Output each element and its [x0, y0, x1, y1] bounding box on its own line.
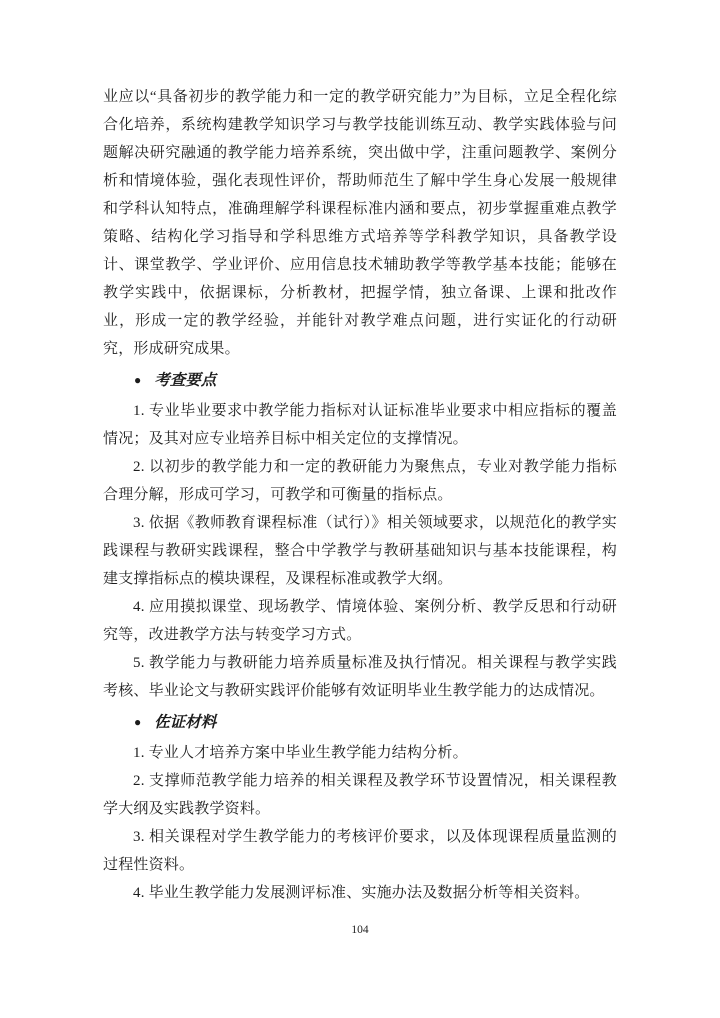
section-title-exam-points: 考查要点	[154, 372, 216, 389]
section-heading-supporting-materials: ●佐证材料	[103, 708, 617, 737]
list-item: 1. 专业毕业要求中教学能力指标对认证标准毕业要求中相应指标的覆盖情况；及其对应…	[103, 397, 617, 453]
list-item: 5. 教学能力与教研能力培养质量标准及执行情况。相关课程与教学实践考核、毕业论文…	[103, 649, 617, 705]
list-item: 3. 依据《教师教育课程标准（试行）》相关领域要求，以规范化的教学实践课程与教研…	[103, 509, 617, 593]
intro-paragraph: 业应以“具备初步的教学能力和一定的教学研究能力”为目标，立足全程化综合化培养，系…	[103, 83, 617, 363]
list-item: 4. 应用摸拟课堂、现场教学、情境体验、案例分析、教学反思和行动研究等，改进教学…	[103, 593, 617, 649]
list-item: 3. 相关课程对学生教学能力的考核评价要求，以及体现课程质量监测的过程性资料。	[103, 823, 617, 879]
section-title-supporting-materials: 佐证材料	[154, 714, 216, 731]
page-body: 业应以“具备初步的教学能力和一定的教学研究能力”为目标，立足全程化综合化培养，系…	[103, 83, 617, 907]
page-number: 104	[0, 924, 720, 936]
list-item: 4. 毕业生教学能力发展测评标准、实施办法及数据分析等相关资料。	[103, 879, 617, 907]
document-page: 业应以“具备初步的教学能力和一定的教学研究能力”为目标，立足全程化综合化培养，系…	[0, 0, 720, 1018]
bullet-icon: ●	[134, 715, 141, 729]
list-item: 2. 以初步的教学能力和一定的教研能力为聚焦点，专业对教学能力指标合理分解，形成…	[103, 453, 617, 509]
section-heading-exam-points: ●考查要点	[103, 366, 617, 395]
list-item: 2. 支撑师范教学能力培养的相关课程及教学环节设置情况，相关课程教学大纲及实践教…	[103, 767, 617, 823]
bullet-icon: ●	[134, 373, 141, 387]
list-item: 1. 专业人才培养方案中毕业生教学能力结构分析。	[103, 739, 617, 767]
